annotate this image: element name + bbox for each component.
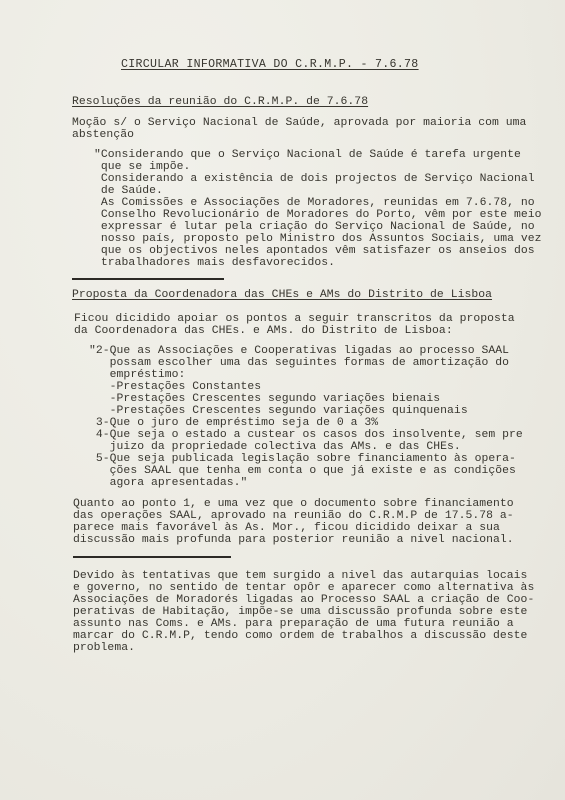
section-divider	[73, 556, 231, 558]
document-page: CIRCULAR INFORMATIVA DO C.R.M.P. - 7.6.7…	[0, 0, 565, 800]
text-line: discussão mais profunda para posterior r…	[73, 534, 514, 547]
document-title: CIRCULAR INFORMATIVA DO C.R.M.P. - 7.6.7…	[121, 58, 419, 71]
text-line: marcar do C.R.M.P, tendo como ordem de t…	[73, 630, 527, 643]
text-line: problema.	[73, 642, 135, 655]
text-line: agora apresentadas."	[89, 477, 247, 490]
text-line: trabalhadores mais desfavorecidos.	[94, 257, 335, 270]
text-line: da Coordenadora das CHEs. e AMs. do Dist…	[74, 325, 453, 338]
section-heading-resolutions: Resoluções da reunião do C.R.M.P. de 7.6…	[72, 96, 368, 109]
text-line: abstenção	[72, 129, 134, 142]
section-divider	[72, 278, 224, 280]
text-line: Moção s/ o Serviço Nacional de Saúde, ap…	[72, 117, 526, 130]
section-heading-proposal: Proposta da Coordenadora das CHEs e AMs …	[72, 289, 492, 302]
